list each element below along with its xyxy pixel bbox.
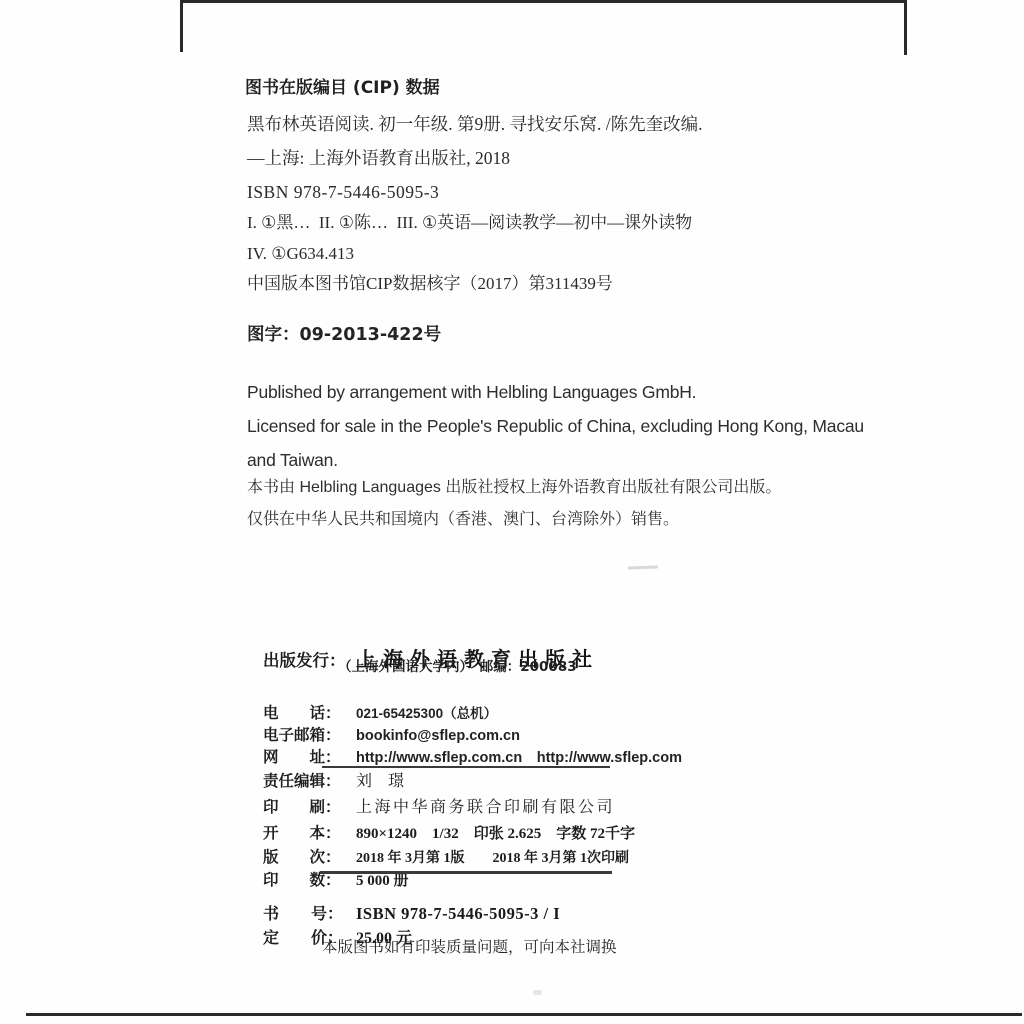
- website-value: http://www.sflep.com.cn http://www.sflep…: [356, 750, 682, 766]
- scan-border-top: [180, 0, 907, 3]
- cip-isbn-line: ISBN 978-7-5446-5095-3: [247, 182, 439, 204]
- scan-artifact: [628, 565, 658, 569]
- license-number-line: 图字：09-2013-422号: [247, 325, 441, 347]
- publisher-address: （上海外国语大学内） 邮编：200083: [338, 659, 577, 676]
- quality-notice: 本版图书如有印装质量问题，可向本社调换: [322, 938, 617, 957]
- divider-rule-top: [322, 766, 610, 768]
- cip-publisher-line: —上海: 上海外语教育出版社, 2018: [247, 148, 510, 170]
- license-english-line-1: Published by arrangement with Helbling L…: [247, 382, 696, 404]
- license-chinese-line-1: 本书由 Helbling Languages 出版社授权上海外语教育出版社有限公…: [247, 478, 781, 498]
- license-english-line-3: and Taiwan.: [247, 450, 338, 472]
- scan-border-left-stub: [180, 0, 183, 52]
- cip-classification-line-2: IV. ①G634.413: [247, 243, 354, 264]
- scan-border-right-stub: [904, 0, 907, 55]
- license-chinese-line-2: 仅供在中华人民共和国境内（香港、澳门、台湾除外）销售。: [247, 510, 679, 530]
- license-english-line-2: Licensed for sale in the People's Republ…: [247, 416, 864, 438]
- divider-rule-bottom: [320, 871, 612, 874]
- cip-title-line: 黑布林英语阅读. 初一年级. 第9册. 寻找安乐窝. /陈先奎改编.: [247, 114, 703, 136]
- cip-classification-line-1: I. ①黑… II. ①陈… III. ①英语—阅读教学—初中—课外读物: [247, 212, 692, 233]
- cip-header: 图书在版编目 (CIP) 数据: [245, 78, 440, 99]
- copyright-page: 图书在版编目 (CIP) 数据 黑布林英语阅读. 初一年级. 第9册. 寻找安乐…: [0, 0, 1024, 1024]
- scan-artifact: [533, 990, 542, 995]
- cip-registration-line: 中国版本图书馆CIP数据核字（2017）第311439号: [247, 273, 613, 294]
- scan-border-bottom: [26, 1013, 1022, 1016]
